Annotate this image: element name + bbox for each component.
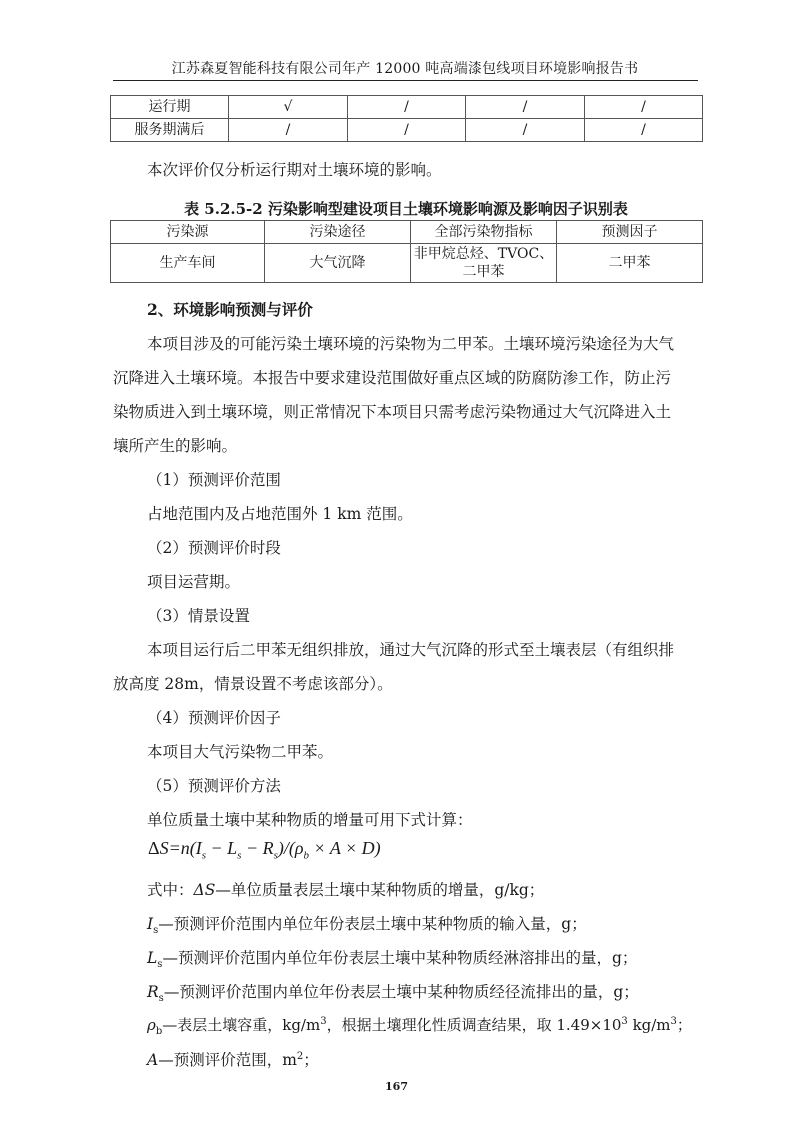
table-cell: / <box>229 119 348 142</box>
row-label: 运行期 <box>111 96 229 119</box>
symbol: ρ <box>147 1016 156 1034</box>
paragraph-line: 壤所产生的影响。 <box>113 434 237 456</box>
paragraph-line: 本项目涉及的可能污染土壤环境的污染物为二甲苯。土壤环境污染途径为大气 <box>147 332 674 354</box>
definition-ls: Ls—预测评价范围内单位年份表层土壤中某种物质经淋溶排出的量，g； <box>147 946 637 970</box>
subsection-title: （1）预测评价范围 <box>147 468 281 490</box>
definition-text: —预测评价范围内单位年份表层土壤中某种物质的输入量，g； <box>158 915 586 933</box>
symbol: L <box>147 949 157 967</box>
subsection-body: 本项目运行后二甲苯无组织排放，通过大气沉降的形式至土壤表层（有组织排 <box>147 638 674 660</box>
subsection-title: （5）预测评价方法 <box>147 774 281 796</box>
definition-text: ； <box>677 1016 692 1034</box>
table-cell: / <box>348 96 466 119</box>
definition-text: —表层土壤容重，kg/m <box>162 1016 320 1034</box>
paragraph-line: 染物质进入到土壤环境，则正常情况下本项目只需考虑污染物通过大气沉降进入土 <box>113 400 671 422</box>
formula: ΔS=n(Is − Ls − Rs)/(ρb × A × D) <box>148 838 381 862</box>
table-cell: 生产车间 <box>111 244 265 283</box>
definition-prefix: 式中： <box>147 881 194 899</box>
table-cell: / <box>466 119 585 142</box>
subsection-title: （2）预测评价时段 <box>147 536 281 558</box>
definition-is: Is—预测评价范围内单位年份表层土壤中某种物质的输入量，g； <box>147 912 587 936</box>
indicators-line: 二甲苯 <box>411 263 556 281</box>
column-header: 全部污染物指标 <box>411 221 557 244</box>
definition-text: —预测评价范围内单位年份表层土壤中某种物质经淋溶排出的量，g； <box>162 949 637 967</box>
subsection-body: 项目运营期。 <box>147 570 240 592</box>
table-cell: 大气沉降 <box>265 244 411 283</box>
symbol: R <box>147 983 159 1001</box>
sources-table: 污染源 污染途径 全部污染物指标 预测因子 生产车间 大气沉降 非甲烷总烃、TV… <box>110 220 703 283</box>
symbol: A <box>147 1051 158 1069</box>
table-cell: 非甲烷总烃、TVOC、 二甲苯 <box>411 244 557 283</box>
definition-text: —预测评价范围内单位年份表层土壤中某种物质经径流排出的量，g； <box>164 983 639 1001</box>
table-cell: / <box>585 119 703 142</box>
subsection-title: （4）预测评价因子 <box>147 706 281 728</box>
note-paragraph: 本次评价仅分析运行期对土壤环境的影响。 <box>147 158 442 180</box>
definition-rs: Rs—预测评价范围内单位年份表层土壤中某种物质经径流排出的量，g； <box>147 980 639 1004</box>
definition-text: ； <box>303 1051 319 1069</box>
page-number: 167 <box>0 1080 793 1093</box>
document-header: 江苏森夏智能科技有限公司年产 12000 吨高端漆包线项目环境影响报告书 <box>112 58 698 78</box>
paragraph-line: 沉降进入土壤环境。本报告中要求建设范围做好重点区域的防腐防渗工作，防止污 <box>113 366 671 388</box>
table-caption: 表 5.2.5-2 污染影响型建设项目土壤环境影响源及影响因子识别表 <box>110 198 702 219</box>
definition-text: —单位质量表层土壤中某种物质的增量，g/kg； <box>215 881 544 899</box>
column-header: 污染途径 <box>265 221 411 244</box>
section-heading: 2、环境影响预测与评价 <box>147 298 313 320</box>
subsection-body: 占地范围内及占地范围外 1 km 范围。 <box>147 502 413 524</box>
column-header: 预测因子 <box>557 221 703 244</box>
symbol: ΔS <box>194 881 216 899</box>
table-cell: / <box>348 119 466 142</box>
definition-text: —预测评价范围，m <box>158 1051 297 1069</box>
subsection-title: （3）情景设置 <box>147 604 250 626</box>
table-header-row: 污染源 污染途径 全部污染物指标 预测因子 <box>111 221 703 244</box>
subsection-body: 放高度 28m，情景设置不考虑该部分）。 <box>113 672 393 694</box>
table-cell: 二甲苯 <box>557 244 703 283</box>
period-table: 运行期 √ / / / 服务期满后 / / / / <box>110 95 703 142</box>
column-header: 污染源 <box>111 221 265 244</box>
definition-text: kg/m <box>628 1016 671 1034</box>
subsection-body: 本项目大气污染物二甲苯。 <box>147 740 333 762</box>
definition-text: ，根据土壤理化性质调查结果，取 1.49×10 <box>327 1016 622 1034</box>
indicators-line: 非甲烷总烃、TVOC、 <box>411 245 556 263</box>
definition-a: A—预测评价范围，m2； <box>147 1048 319 1070</box>
row-label: 服务期满后 <box>111 119 229 142</box>
table-cell: √ <box>229 96 348 119</box>
definition-delta-s: 式中：ΔS—单位质量表层土壤中某种物质的增量，g/kg； <box>147 878 544 900</box>
header-divider <box>113 80 698 81</box>
table-cell: / <box>585 96 703 119</box>
table-row: 生产车间 大气沉降 非甲烷总烃、TVOC、 二甲苯 二甲苯 <box>111 244 703 283</box>
table-cell: / <box>466 96 585 119</box>
table-row: 服务期满后 / / / / <box>111 119 703 142</box>
table-row: 运行期 √ / / / <box>111 96 703 119</box>
definition-rho-b: ρb—表层土壤容重，kg/m3，根据土壤理化性质调查结果，取 1.49×103 … <box>147 1014 692 1037</box>
subsection-body: 单位质量土壤中某种物质的增量可用下式计算： <box>147 808 473 830</box>
